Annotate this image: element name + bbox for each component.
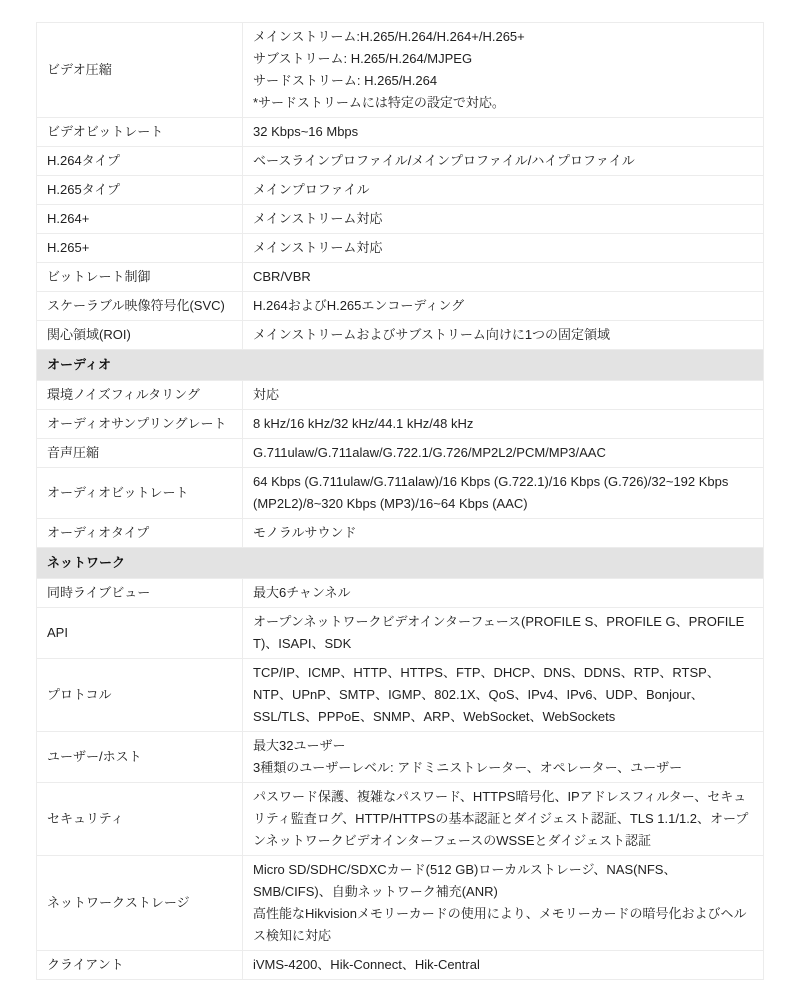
spec-value-cell: Micro SD/SDHC/SDXCカード(512 GB)ローカルストレージ、N… [243,856,764,951]
spec-value-cell: TCP/IP、ICMP、HTTP、HTTPS、FTP、DHCP、DNS、DDNS… [243,659,764,732]
spec-value-line: H.264およびH.265エンコーディング [253,295,753,317]
spec-value-line: TCP/IP、ICMP、HTTP、HTTPS、FTP、DHCP、DNS、DDNS… [253,662,753,728]
spec-label-cell: セキュリティ [37,783,243,856]
table-row: ビデオビットレート32 Kbps~16 Mbps [37,118,764,147]
spec-value-cell: メインプロファイル [243,176,764,205]
spec-value-line: 64 Kbps (G.711ulaw/G.711alaw)/16 Kbps (G… [253,471,753,515]
spec-value-line: ベースラインプロファイル/メインプロファイル/ハイプロファイル [253,150,753,172]
spec-value-cell: 32 Kbps~16 Mbps [243,118,764,147]
spec-value-line: 32 Kbps~16 Mbps [253,121,753,143]
spec-sheet-page: ビデオ圧縮メインストリーム:H.265/H.264/H.264+/H.265+サ… [0,0,800,1000]
spec-value-line: 8 kHz/16 kHz/32 kHz/44.1 kHz/48 kHz [253,413,753,435]
spec-label-cell: クライアント [37,951,243,980]
spec-value-cell: G.711ulaw/G.711alaw/G.722.1/G.726/MP2L2/… [243,439,764,468]
spec-value-cell: 最大6チャンネル [243,579,764,608]
spec-label-cell: スケーラブル映像符号化(SVC) [37,292,243,321]
table-row: ネットワークストレージMicro SD/SDHC/SDXCカード(512 GB)… [37,856,764,951]
spec-label-cell: H.264+ [37,205,243,234]
spec-value-line: 対応 [253,384,753,406]
table-row: H.265タイプメインプロファイル [37,176,764,205]
spec-value-line: オープンネットワークビデオインターフェース(PROFILE S、PROFILE … [253,611,753,655]
spec-label-cell: オーディオビットレート [37,468,243,519]
spec-value-line: メインプロファイル [253,179,753,201]
spec-label-cell: H.264タイプ [37,147,243,176]
table-row: ユーザー/ホスト最大32ユーザー3種類のユーザーレベル: アドミニストレーター、… [37,732,764,783]
spec-value-line: 高性能なHikvisionメモリーカードの使用により、メモリーカードの暗号化およ… [253,903,753,947]
spec-label-cell: H.265タイプ [37,176,243,205]
spec-value-cell: 8 kHz/16 kHz/32 kHz/44.1 kHz/48 kHz [243,410,764,439]
spec-label-cell: ビデオビットレート [37,118,243,147]
spec-value-line: サードストリーム: H.265/H.264 [253,70,753,92]
spec-label-cell: 関心領域(ROI) [37,321,243,350]
table-row: 同時ライブビュー最大6チャンネル [37,579,764,608]
spec-value-line: G.711ulaw/G.711alaw/G.722.1/G.726/MP2L2/… [253,442,753,464]
spec-table-container: ビデオ圧縮メインストリーム:H.265/H.264/H.264+/H.265+サ… [36,22,764,980]
spec-value-cell: iVMS-4200、Hik-Connect、Hik-Central [243,951,764,980]
table-row: 環境ノイズフィルタリング対応 [37,381,764,410]
spec-table: ビデオ圧縮メインストリーム:H.265/H.264/H.264+/H.265+サ… [36,22,764,980]
table-row: 関心領域(ROI)メインストリームおよびサブストリーム向けに1つの固定領域 [37,321,764,350]
spec-value-cell: メインストリーム対応 [243,205,764,234]
section-header-row: オーディオ [37,350,764,381]
spec-value-line: メインストリーム対応 [253,237,753,259]
section-header-label: オーディオ [37,350,764,381]
spec-value-line: *サードストリームには特定の設定で対応。 [253,92,753,114]
spec-value-line: メインストリーム:H.265/H.264/H.264+/H.265+ [253,26,753,48]
spec-value-line: メインストリームおよびサブストリーム向けに1つの固定領域 [253,324,753,346]
spec-value-cell: 対応 [243,381,764,410]
spec-value-cell: オープンネットワークビデオインターフェース(PROFILE S、PROFILE … [243,608,764,659]
spec-value-line: メインストリーム対応 [253,208,753,230]
spec-value-cell: H.264およびH.265エンコーディング [243,292,764,321]
spec-value-line: 3種類のユーザーレベル: アドミニストレーター、オペレーター、ユーザー [253,757,753,779]
spec-value-line: パスワード保護、複雑なパスワード、HTTPS暗号化、IPアドレスフィルター、セキ… [253,786,753,852]
table-row: H.264+メインストリーム対応 [37,205,764,234]
table-row: ビットレート制御CBR/VBR [37,263,764,292]
spec-value-cell: 最大32ユーザー3種類のユーザーレベル: アドミニストレーター、オペレーター、ユ… [243,732,764,783]
spec-label-cell: 音声圧縮 [37,439,243,468]
section-header-label: ネットワーク [37,548,764,579]
table-row: H.265+メインストリーム対応 [37,234,764,263]
table-row: H.264タイプベースラインプロファイル/メインプロファイル/ハイプロファイル [37,147,764,176]
spec-value-line: モノラルサウンド [253,522,753,544]
spec-label-cell: オーディオタイプ [37,519,243,548]
table-row: クライアントiVMS-4200、Hik-Connect、Hik-Central [37,951,764,980]
spec-label-cell: プロトコル [37,659,243,732]
spec-table-body: ビデオ圧縮メインストリーム:H.265/H.264/H.264+/H.265+サ… [37,23,764,980]
spec-label-cell: ネットワークストレージ [37,856,243,951]
spec-value-line: Micro SD/SDHC/SDXCカード(512 GB)ローカルストレージ、N… [253,859,753,903]
table-row: セキュリティパスワード保護、複雑なパスワード、HTTPS暗号化、IPアドレスフィ… [37,783,764,856]
spec-value-line: iVMS-4200、Hik-Connect、Hik-Central [253,954,753,976]
table-row: オーディオタイプモノラルサウンド [37,519,764,548]
spec-value-line: CBR/VBR [253,266,753,288]
table-row: スケーラブル映像符号化(SVC)H.264およびH.265エンコーディング [37,292,764,321]
spec-value-line: サブストリーム: H.265/H.264/MJPEG [253,48,753,70]
spec-label-cell: ビデオ圧縮 [37,23,243,118]
table-row: APIオープンネットワークビデオインターフェース(PROFILE S、PROFI… [37,608,764,659]
spec-label-cell: 同時ライブビュー [37,579,243,608]
spec-value-cell: メインストリーム:H.265/H.264/H.264+/H.265+サブストリー… [243,23,764,118]
spec-value-cell: パスワード保護、複雑なパスワード、HTTPS暗号化、IPアドレスフィルター、セキ… [243,783,764,856]
spec-label-cell: ユーザー/ホスト [37,732,243,783]
spec-label-cell: オーディオサンプリングレート [37,410,243,439]
spec-value-cell: ベースラインプロファイル/メインプロファイル/ハイプロファイル [243,147,764,176]
spec-label-cell: H.265+ [37,234,243,263]
section-header-row: ネットワーク [37,548,764,579]
spec-label-cell: ビットレート制御 [37,263,243,292]
spec-label-cell: API [37,608,243,659]
spec-value-cell: 64 Kbps (G.711ulaw/G.711alaw)/16 Kbps (G… [243,468,764,519]
table-row: ビデオ圧縮メインストリーム:H.265/H.264/H.264+/H.265+サ… [37,23,764,118]
table-row: 音声圧縮G.711ulaw/G.711alaw/G.722.1/G.726/MP… [37,439,764,468]
table-row: プロトコルTCP/IP、ICMP、HTTP、HTTPS、FTP、DHCP、DNS… [37,659,764,732]
spec-value-cell: メインストリーム対応 [243,234,764,263]
spec-value-cell: モノラルサウンド [243,519,764,548]
spec-label-cell: 環境ノイズフィルタリング [37,381,243,410]
table-row: オーディオサンプリングレート8 kHz/16 kHz/32 kHz/44.1 k… [37,410,764,439]
spec-value-cell: メインストリームおよびサブストリーム向けに1つの固定領域 [243,321,764,350]
spec-value-line: 最大32ユーザー [253,735,753,757]
table-row: オーディオビットレート64 Kbps (G.711ulaw/G.711alaw)… [37,468,764,519]
spec-value-line: 最大6チャンネル [253,582,753,604]
spec-value-cell: CBR/VBR [243,263,764,292]
